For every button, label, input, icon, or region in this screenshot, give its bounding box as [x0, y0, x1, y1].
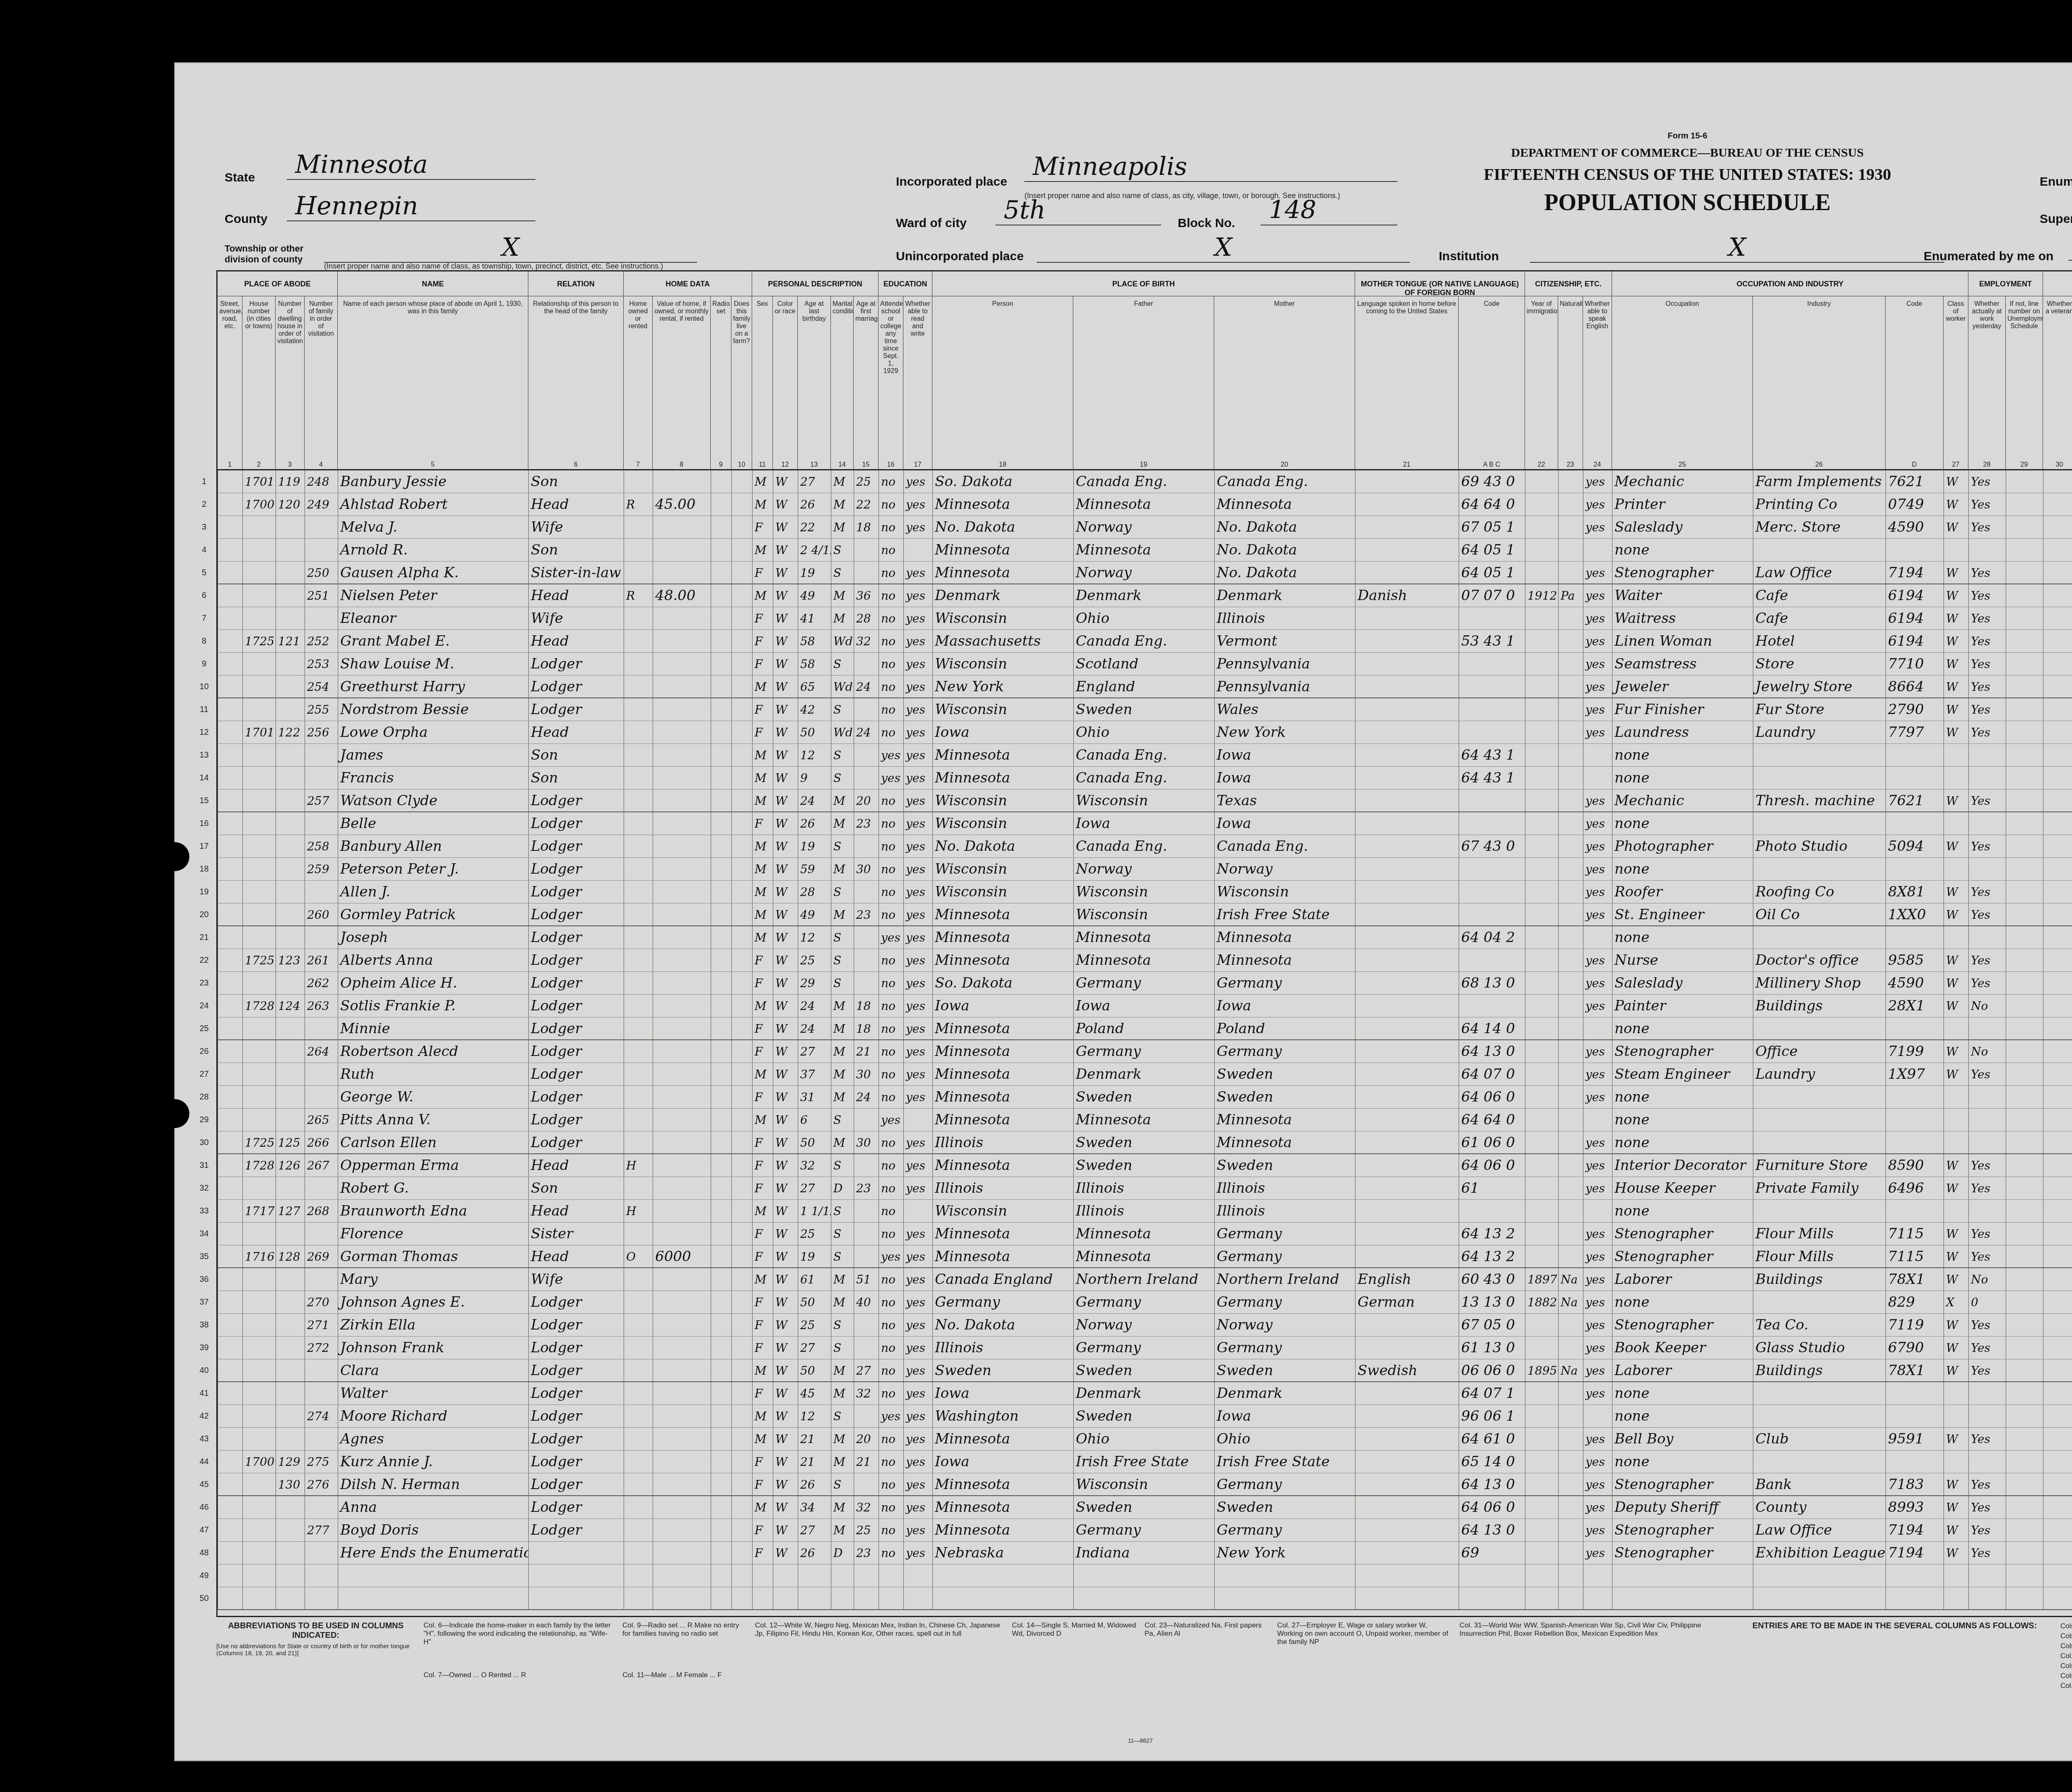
cell-sex: F	[752, 1040, 773, 1063]
line-number: 48	[193, 1542, 215, 1564]
cell-race: W	[773, 812, 798, 835]
cell-fbp: Wisconsin	[1073, 1473, 1214, 1496]
cell-fbp: Denmark	[1073, 584, 1214, 607]
table-row: 258Banbury AllenLodgerMW19SnoyesNo. Dako…	[218, 835, 2072, 858]
cell-mar: M	[831, 1382, 854, 1405]
line-number: 45	[193, 1473, 215, 1496]
cell-ind: Exhibition League	[1753, 1542, 1886, 1564]
column-header: Naturalization23	[1558, 271, 1583, 470]
cell-code: 64 05 1	[1459, 562, 1525, 584]
cell-rw: yes	[903, 972, 932, 995]
cell-age: 26	[798, 493, 831, 516]
cell-dw: 124	[276, 995, 305, 1017]
column-number: 1	[218, 461, 242, 469]
cell-code: 64 43 1	[1459, 744, 1525, 767]
column-header-label: Age at last birthday	[799, 300, 829, 323]
cell-work: Yes	[1968, 1519, 2006, 1542]
cell-bp: Iowa	[932, 995, 1073, 1017]
cell-age: 31	[798, 1086, 831, 1109]
cell-eng: yes	[1583, 1496, 1612, 1519]
cell-occ: St. Engineer	[1612, 903, 1753, 926]
table-row: JamesSonMW12SyesyesMinnesotaCanada Eng.I…	[218, 744, 2072, 767]
cell-cls: W	[1944, 1496, 1968, 1519]
institution-label: Institution	[1439, 249, 1499, 264]
cell-ind: Thresh. machine	[1753, 789, 1886, 812]
cell-name: Pitts Anna V.	[338, 1109, 528, 1131]
cell-eng: yes	[1583, 721, 1612, 744]
cell-eng: yes	[1583, 493, 1612, 516]
column-group-header: MOTHER TONGUE (OR NATIVE LANGUAGE) OF FO…	[1355, 271, 1525, 296]
cell-code: 64 04 2	[1459, 926, 1525, 949]
cell-race: W	[773, 1245, 798, 1268]
census-title: FIFTEENTH CENSUS OF THE UNITED STATES: 1…	[1418, 165, 1957, 184]
cell-imm: 1882	[1525, 1291, 1558, 1314]
cell-race: W	[773, 1519, 798, 1542]
abbrev-title: ABBREVIATIONS TO BE USED IN COLUMNS INDI…	[216, 1621, 415, 1640]
cell-eng: yes	[1583, 1086, 1612, 1109]
cell-race: W	[773, 1359, 798, 1382]
column-number: D	[1886, 461, 1943, 469]
schedule-title: POPULATION SCHEDULE	[1418, 189, 1957, 216]
cell-bp: Wisconsin	[932, 698, 1073, 721]
cell-oc: 8664	[1886, 676, 1944, 698]
cell-ind: Private Family	[1753, 1177, 1886, 1200]
cell-cls: W	[1944, 972, 1968, 995]
cell-race: W	[773, 767, 798, 789]
cell-fbp: Canada Eng.	[1073, 470, 1214, 493]
cell-race: W	[773, 1154, 798, 1177]
cell-race: W	[773, 1131, 798, 1154]
cell-sch: no	[879, 1177, 903, 1200]
cell-eng: yes	[1583, 949, 1612, 972]
table-row: 130276Dilsh N. HermanLodgerFW26SnoyesMin…	[218, 1473, 2072, 1496]
column-header: Attended school or college any time sinc…	[879, 271, 903, 470]
cell-mar: M	[831, 1131, 854, 1154]
cell-oc: 7115	[1886, 1223, 1944, 1245]
cell-am: 24	[854, 721, 879, 744]
cell-rel: Head	[528, 584, 624, 607]
line-number: 42	[193, 1405, 215, 1428]
cell-sch: no	[879, 562, 903, 584]
cell-oc: 829	[1886, 1291, 1944, 1314]
column-header: Marital condition14	[831, 271, 854, 470]
line-number: 35	[193, 1245, 215, 1268]
cell-race: W	[773, 653, 798, 676]
cell-eng: yes	[1583, 1451, 1612, 1473]
cell-rel: Lodger	[528, 1496, 624, 1519]
cell-name: Gormley Patrick	[338, 903, 528, 926]
cell-sex: M	[752, 1200, 773, 1223]
cell-dw: 120	[276, 493, 305, 516]
column-header-label: Relationship of this person to the head …	[530, 300, 622, 315]
column-header-label: Whether actually at work yesterday	[1970, 300, 2004, 330]
cell-ind: Farm Implements	[1753, 470, 1886, 493]
cell-sch: no	[879, 1542, 903, 1564]
cell-occ: Stenographer	[1612, 562, 1753, 584]
cell-cls: W	[1944, 676, 1968, 698]
cell-age: 19	[798, 562, 831, 584]
cell-rw: yes	[903, 1154, 932, 1177]
column-number: 19	[1073, 461, 1214, 469]
cell-cls: W	[1944, 516, 1968, 539]
cell-rw: yes	[903, 1291, 932, 1314]
cell-mbp: No. Dakota	[1214, 539, 1355, 562]
cell-mar: M	[831, 1063, 854, 1086]
entries-1: Cols. 6, 11, 12, 13, 14, 16, 18, 19, 20,…	[2060, 1621, 2072, 1631]
cell-eng: yes	[1583, 607, 1612, 630]
footer-instructions: ABBREVIATIONS TO BE USED IN COLUMNS INDI…	[216, 1621, 2072, 1754]
line-number: 16	[193, 812, 215, 835]
cell-cls: W	[1944, 1223, 1968, 1245]
cell-bp: So. Dakota	[932, 470, 1073, 493]
cell-rw: yes	[903, 562, 932, 584]
cell-sch: no	[879, 1063, 903, 1086]
cell-am: 21	[854, 1040, 879, 1063]
cell-oc: 7115	[1886, 1245, 1944, 1268]
cell-occ: Stenographer	[1612, 1245, 1753, 1268]
cell-rw: yes	[903, 676, 932, 698]
cell-ind: Laundry	[1753, 1063, 1886, 1086]
cell-eng: yes	[1583, 653, 1612, 676]
entries-7: Col. 30—For all males 21 years of age an…	[2060, 1681, 2072, 1691]
cell-rel: Lodger	[528, 1291, 624, 1314]
cell-age: 27	[798, 470, 831, 493]
cell-code: 06 06 0	[1459, 1359, 1525, 1382]
cell-sex: M	[752, 1496, 773, 1519]
cell-rw: yes	[903, 1496, 932, 1519]
column-header-label: Marital condition	[833, 300, 852, 315]
table-row: 1700120249Ahlstad RobertHeadR45.00MW26M2…	[218, 493, 2072, 516]
cell-sch: no	[879, 1154, 903, 1177]
cell-fbp: Sweden	[1073, 1405, 1214, 1428]
column-number: 2	[242, 461, 275, 469]
cell-occ: Mechanic	[1612, 789, 1753, 812]
line-number: 31	[193, 1154, 215, 1177]
cell-eng: yes	[1583, 1337, 1612, 1359]
cell-age: 58	[798, 653, 831, 676]
line-number: 7	[193, 607, 215, 630]
cell-fam: 253	[305, 653, 338, 676]
cell-cls: W	[1944, 1063, 1968, 1086]
cell-sch: no	[879, 1131, 903, 1154]
cell-am: 30	[854, 1131, 879, 1154]
cell-fbp: Denmark	[1073, 1063, 1214, 1086]
cell-code: 64 13 0	[1459, 1040, 1525, 1063]
cell-mbp: Ohio	[1214, 1428, 1355, 1451]
cell-mbp: Norway	[1214, 1314, 1355, 1337]
cell-fam: 256	[305, 721, 338, 744]
cell-code: 60 43 0	[1459, 1268, 1525, 1291]
cell-sex: F	[752, 1519, 773, 1542]
cell-name: Gorman Thomas	[338, 1245, 528, 1268]
cell-rw: yes	[903, 1268, 932, 1291]
census-sheet: State Minnesota County Hennepin Township…	[174, 62, 2072, 1761]
cell-bp: Wisconsin	[932, 653, 1073, 676]
cell-occ: Saleslady	[1612, 516, 1753, 539]
cell-fbp: Germany	[1073, 972, 1214, 995]
cell-age: 37	[798, 1063, 831, 1086]
cell-mbp: New York	[1214, 721, 1355, 744]
cell-eng: yes	[1583, 1428, 1612, 1451]
cell-rw: yes	[903, 812, 932, 835]
col12-note: Col. 12—White W, Negro Neg, Mexican Mex,…	[755, 1621, 1004, 1638]
col23-note: Col. 23—Naturalized Na, First papers Pa,…	[1145, 1621, 1269, 1638]
block-label: Block No.	[1178, 216, 1235, 230]
cell-work: Yes	[1968, 1154, 2006, 1177]
cell-eng: yes	[1583, 858, 1612, 881]
cell-house: 1725	[242, 630, 276, 653]
table-row: 272Johnson FrankLodgerFW27SnoyesIllinois…	[218, 1337, 2072, 1359]
cell-age: 58	[798, 630, 831, 653]
cell-fbp: Sweden	[1073, 1086, 1214, 1109]
cell-work: Yes	[1968, 881, 2006, 903]
cell-lang: Swedish	[1355, 1359, 1459, 1382]
column-header: House number (in cities or towns)2	[242, 271, 276, 470]
cell-occ: Steam Engineer	[1612, 1063, 1753, 1086]
column-header: Whether able to speak English24	[1583, 271, 1612, 470]
cell-occ: Printer	[1612, 493, 1753, 516]
cell-fbp: Sweden	[1073, 1131, 1214, 1154]
entries-4: Col. 17—For all persons 10 years of age …	[2060, 1651, 2072, 1661]
cell-mbp: Wales	[1214, 698, 1355, 721]
cell-work: No	[1968, 995, 2006, 1017]
cell-name: Shaw Louise M.	[338, 653, 528, 676]
enumerated-label: Enumerated by me on	[1924, 249, 2053, 264]
cell-rw: yes	[903, 584, 932, 607]
cell-am: 24	[854, 1086, 879, 1109]
line-number: 3	[193, 516, 215, 539]
cell-sex: F	[752, 1223, 773, 1245]
cell-rw: yes	[903, 744, 932, 767]
cell-oc: 0749	[1886, 493, 1944, 516]
cell-race: W	[773, 744, 798, 767]
cell-mar: S	[831, 835, 854, 858]
cell-dw: 121	[276, 630, 305, 653]
cell-am: 51	[854, 1268, 879, 1291]
cell-bp: Minnesota	[932, 1245, 1073, 1268]
cell-code: 96 06 1	[1459, 1405, 1525, 1428]
cell-fam: 272	[305, 1337, 338, 1359]
cell-fam: 254	[305, 676, 338, 698]
cell-rel: Head	[528, 493, 624, 516]
cell-ind: Law Office	[1753, 562, 1886, 584]
table-row: 1725123261Alberts AnnaLodgerFW25SnoyesMi…	[218, 949, 2072, 972]
cell-cls: W	[1944, 1337, 1968, 1359]
cell-sch: yes	[879, 744, 903, 767]
cell-rw: yes	[903, 926, 932, 949]
ward-value: 5th	[995, 196, 1161, 225]
cell-sch: yes	[879, 1245, 903, 1268]
column-header: CodeA B C	[1459, 271, 1525, 470]
line-number: 44	[193, 1451, 215, 1473]
cell-occ: Deputy Sheriff	[1612, 1496, 1753, 1519]
line-number: 6	[193, 584, 215, 607]
cell-rel: Lodger	[528, 1382, 624, 1405]
cell-age: 24	[798, 789, 831, 812]
cell-fam: 249	[305, 493, 338, 516]
cell-fbp: Germany	[1073, 1337, 1214, 1359]
cell-sex: F	[752, 1473, 773, 1496]
cell-sex: M	[752, 470, 773, 493]
cell-house: 1701	[242, 470, 276, 493]
cell-occ: Jeweler	[1612, 676, 1753, 698]
cell-lang: German	[1355, 1291, 1459, 1314]
cell-mar: S	[831, 972, 854, 995]
cell-cls: W	[1944, 1177, 1968, 1200]
cell-code: 65 14 0	[1459, 1451, 1525, 1473]
cell-rel: Son	[528, 470, 624, 493]
cell-rw: yes	[903, 470, 932, 493]
column-header: Home owned or rented7	[624, 271, 653, 470]
table-row: EleanorWifeFW41M28noyesWisconsinOhioIlli…	[218, 607, 2072, 630]
cell-rel: Head	[528, 630, 624, 653]
institution-value: X	[1530, 233, 1944, 263]
cell-mbp: Illinois	[1214, 1200, 1355, 1223]
column-header-label: Value of home, if owned, or monthly rent…	[654, 300, 709, 323]
table-row: 262Opheim Alice H.LodgerFW29SnoyesSo. Da…	[218, 972, 2072, 995]
cell-fbp: Ohio	[1073, 721, 1214, 744]
cell-race: W	[773, 539, 798, 562]
cell-sch: no	[879, 1359, 903, 1382]
col11-note: Col. 11—Male ... M Female ... F	[622, 1671, 747, 1679]
cell-fbp: Ohio	[1073, 1428, 1214, 1451]
cell-sch: no	[879, 1086, 903, 1109]
line-number: 39	[193, 1337, 215, 1359]
line-number: 30	[193, 1131, 215, 1154]
cell-sch: no	[879, 903, 903, 926]
cell-mar: M	[831, 516, 854, 539]
cell-occ: House Keeper	[1612, 1177, 1753, 1200]
cell-rel: Lodger	[528, 1519, 624, 1542]
cell-rw: yes	[903, 1428, 932, 1451]
cell-rw: yes	[903, 698, 932, 721]
cell-bp: Minnesota	[932, 1519, 1073, 1542]
cell-mar: S	[831, 881, 854, 903]
cell-oc: 7119	[1886, 1314, 1944, 1337]
cell-fam: 262	[305, 972, 338, 995]
cell-code: 68 13 0	[1459, 972, 1525, 995]
col9-note: Col. 9—Radio set ... R Make no entry for…	[622, 1621, 747, 1638]
cell-oc: 7710	[1886, 653, 1944, 676]
table-row: 5050	[218, 1587, 2072, 1610]
cell-cls: W	[1944, 1268, 1968, 1291]
cell-occ: Stenographer	[1612, 1223, 1753, 1245]
cell-ind: Oil Co	[1753, 903, 1886, 926]
cell-sch: no	[879, 584, 903, 607]
cell-rel: Head	[528, 721, 624, 744]
cell-race: W	[773, 1496, 798, 1519]
cell-sex: F	[752, 698, 773, 721]
line-number: 23	[193, 972, 215, 995]
cell-fam: 263	[305, 995, 338, 1017]
cell-sex: M	[752, 881, 773, 903]
column-header-label: Person	[934, 300, 1071, 308]
cell-work: Yes	[1968, 607, 2006, 630]
cell-bp: Iowa	[932, 721, 1073, 744]
cell-name: Melva J.	[338, 516, 528, 539]
cell-bp: Minnesota	[932, 1063, 1073, 1086]
cell-mbp: Norway	[1214, 858, 1355, 881]
column-header: Person18	[932, 271, 1073, 470]
cell-code: 61 13 0	[1459, 1337, 1525, 1359]
cell-bp: New York	[932, 676, 1073, 698]
cell-fbp: Denmark	[1073, 1382, 1214, 1405]
cell-fbp: Canada Eng.	[1073, 767, 1214, 789]
cell-bp: Iowa	[932, 1382, 1073, 1405]
cell-occ: none	[1612, 744, 1753, 767]
cell-rel: Lodger	[528, 653, 624, 676]
cell-am: 25	[854, 1519, 879, 1542]
cell-work: Yes	[1968, 1245, 2006, 1268]
cell-race: W	[773, 835, 798, 858]
cell-cls: W	[1944, 1428, 1968, 1451]
column-header-label: Number of family in order of visitation	[306, 300, 336, 338]
cell-occ: none	[1612, 539, 1753, 562]
cell-mbp: Germany	[1214, 1291, 1355, 1314]
cell-mar: S	[831, 1473, 854, 1496]
ed-label: Enumeration District No.	[2040, 175, 2072, 189]
cell-race: W	[773, 1200, 798, 1223]
cell-rel: Lodger	[528, 972, 624, 995]
cell-mbp: Minnesota	[1214, 1109, 1355, 1131]
cell-cls: W	[1944, 1314, 1968, 1337]
column-header-label: Color or race	[775, 300, 796, 315]
cell-bp: Massachusetts	[932, 630, 1073, 653]
cell-occ: none	[1612, 1291, 1753, 1314]
cell-oc: 6790	[1886, 1337, 1944, 1359]
column-header: Age at last birthday13	[798, 271, 831, 470]
cell-ind: Flour Mills	[1753, 1223, 1886, 1245]
cell-mbp: Texas	[1214, 789, 1355, 812]
cell-sex: F	[752, 1245, 773, 1268]
cell-ind: Laundry	[1753, 721, 1886, 744]
table-row: 1700129275Kurz Annie J.LodgerFW21M21noye…	[218, 1451, 2072, 1473]
cell-oc: 4590	[1886, 516, 1944, 539]
cell-mar: M	[831, 1040, 854, 1063]
cell-fbp: Norway	[1073, 1314, 1214, 1337]
cell-bp: Minnesota	[932, 562, 1073, 584]
cell-val: 48.00	[653, 584, 711, 607]
cell-name: Peterson Peter J.	[338, 858, 528, 881]
cell-lang: English	[1355, 1268, 1459, 1291]
column-number: 13	[798, 461, 830, 469]
cell-mar: S	[831, 1200, 854, 1223]
cell-code: 64 07 0	[1459, 1063, 1525, 1086]
cell-race: W	[773, 698, 798, 721]
cell-mar: S	[831, 539, 854, 562]
cell-fbp: Canada Eng.	[1073, 835, 1214, 858]
cell-sch: no	[879, 1200, 903, 1223]
cell-mar: M	[831, 1451, 854, 1473]
cell-rw: yes	[903, 516, 932, 539]
cell-fbp: Sweden	[1073, 1359, 1214, 1382]
cell-ind: Law Office	[1753, 1519, 1886, 1542]
cell-fbp: Sweden	[1073, 698, 1214, 721]
cell-eng: yes	[1583, 1223, 1612, 1245]
cell-fam: 276	[305, 1473, 338, 1496]
cell-occ: none	[1612, 1109, 1753, 1131]
line-number: 12	[193, 721, 215, 744]
cell-rw: yes	[903, 858, 932, 881]
column-header: Sex11	[752, 271, 773, 470]
cell-sex: F	[752, 516, 773, 539]
cell-mbp: Sweden	[1214, 1063, 1355, 1086]
cell-ind: Furniture Store	[1753, 1154, 1886, 1177]
column-headers: Street, avenue, road, etc.1House number …	[218, 271, 2072, 470]
cell-ind: Office	[1753, 1040, 1886, 1063]
cell-age: 24	[798, 995, 831, 1017]
column-header: Industry26	[1753, 271, 1886, 470]
